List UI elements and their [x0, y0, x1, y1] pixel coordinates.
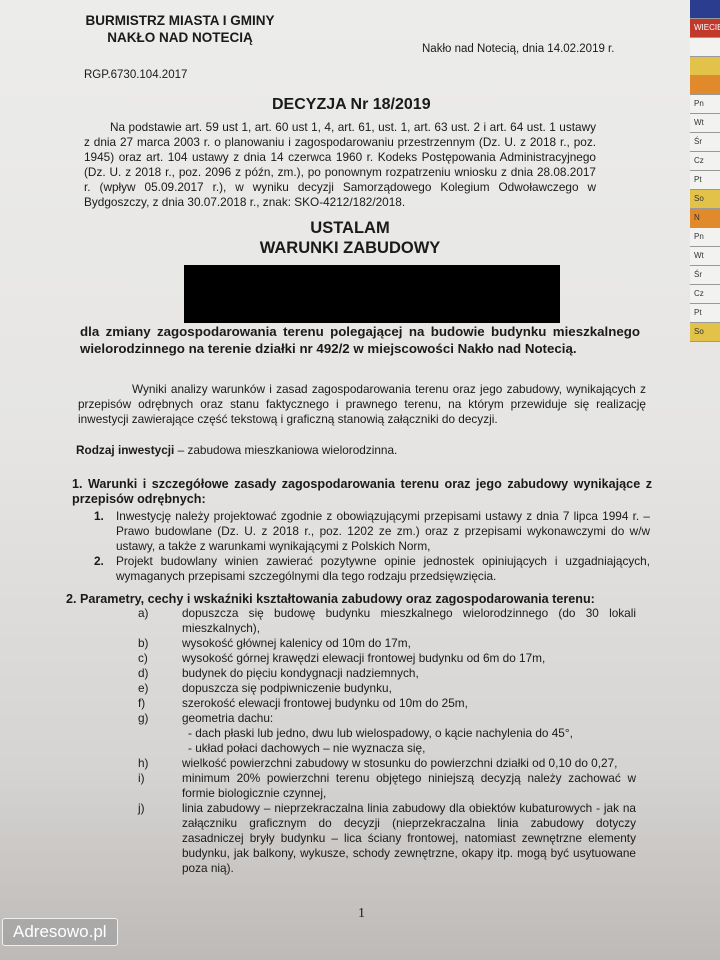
- item-text: szerokość elewacji frontowej budynku od …: [182, 696, 468, 711]
- item-text: minimum 20% powierzchni terenu objętego …: [182, 771, 636, 801]
- decision-subject: dla zmiany zagospodarowania terenu poleg…: [80, 324, 640, 357]
- page-number: 1: [358, 906, 365, 922]
- item-letter: e): [138, 681, 182, 696]
- item-letter: d): [138, 666, 182, 681]
- side-tab: Pt: [690, 171, 720, 190]
- side-tab: Pt: [690, 304, 720, 323]
- section-1-list: 1. Inwestycję należy projektować zgodnie…: [94, 509, 650, 584]
- investment-type: Rodzaj inwestycji – zabudowa mieszkaniow…: [76, 443, 397, 458]
- redacted-block: [184, 265, 560, 323]
- item-text: wysokość górnej krawędzi elewacji fronto…: [182, 651, 545, 666]
- list-item: a)dopuszcza się budowę budynku mieszkaln…: [138, 606, 636, 636]
- list-item: b)wysokość głównej kalenicy od 10m do 17…: [138, 636, 636, 651]
- list-item: d)budynek do pięciu kondygnacji nadziemn…: [138, 666, 636, 681]
- roof-subitem: - dach płaski lub jedno, dwu lub wielosp…: [138, 726, 636, 741]
- side-tab: WIECIE: [690, 19, 720, 38]
- side-tab: Cz: [690, 152, 720, 171]
- item-letter: h): [138, 756, 182, 771]
- document-page: BURMISTRZ MIASTA I GMINY NAKŁO NAD NOTEC…: [0, 0, 690, 960]
- decision-heading: USTALAM WARUNKI ZABUDOWY: [150, 218, 550, 258]
- analysis-paragraph: Wyniki analizy warunków i zasad zagospod…: [78, 382, 646, 427]
- item-letter: j): [138, 801, 182, 876]
- item-text: geometria dachu:: [182, 711, 273, 726]
- section-2-heading: 2. Parametry, cechy i wskaźniki kształto…: [66, 592, 666, 607]
- side-tab: Śr: [690, 133, 720, 152]
- decision-heading-warunki: WARUNKI ZABUDOWY: [150, 238, 550, 258]
- item-letter: g): [138, 711, 182, 726]
- item-text: wielkość powierzchni zabudowy w stosunku…: [182, 756, 617, 771]
- list-item: h)wielkość powierzchni zabudowy w stosun…: [138, 756, 636, 771]
- list-item: i)minimum 20% powierzchni terenu objęteg…: [138, 771, 636, 801]
- side-tab: N: [690, 209, 720, 228]
- item-letter: a): [138, 606, 182, 636]
- reference-number: RGP.6730.104.2017: [84, 68, 187, 83]
- item-text: wysokość głównej kalenicy od 10m do 17m,: [182, 636, 411, 651]
- item-letter: c): [138, 651, 182, 666]
- item-letter: i): [138, 771, 182, 801]
- place-date: Nakło nad Notecią, dnia 14.02.2019 r.: [422, 42, 614, 57]
- side-tab: Śr: [690, 266, 720, 285]
- list-item: 2. Projekt budowlany winien zawierać poz…: [94, 554, 650, 584]
- side-tab: Pn: [690, 95, 720, 114]
- roof-subitem: - układ połaci dachowych – nie wyznacza …: [138, 741, 636, 756]
- decision-title: DECYZJA Nr 18/2019: [272, 96, 431, 114]
- side-tab: Cz: [690, 285, 720, 304]
- side-tab: [690, 38, 720, 57]
- item-text: budynek do pięciu kondygnacji nadziemnyc…: [182, 666, 419, 681]
- item-number: 1.: [94, 509, 116, 554]
- legal-basis: Na podstawie art. 59 ust 1, art. 60 ust …: [84, 120, 596, 210]
- issuing-authority: BURMISTRZ MIASTA I GMINY NAKŁO NAD NOTEC…: [80, 12, 280, 46]
- item-text: Projekt budowlany winien zawierać pozyty…: [116, 554, 650, 584]
- list-item: c)wysokość górnej krawędzi elewacji fron…: [138, 651, 636, 666]
- item-text: dopuszcza się budowę budynku mieszkalneg…: [182, 606, 636, 636]
- section-2-list: a)dopuszcza się budowę budynku mieszkaln…: [138, 606, 636, 876]
- investment-type-label: Rodzaj inwestycji: [76, 443, 174, 457]
- section-1-heading: 1. Warunki i szczegółowe zasady zagospod…: [72, 477, 652, 507]
- item-text: dopuszcza się podpiwniczenie budynku,: [182, 681, 392, 696]
- side-tab: Wt: [690, 247, 720, 266]
- watermark-badge: Adresowo.pl: [2, 918, 118, 946]
- item-letter: b): [138, 636, 182, 651]
- side-tab: So: [690, 323, 720, 342]
- item-text: linia zabudowy – nieprzekraczalna linia …: [182, 801, 636, 876]
- list-item: f)szerokość elewacji frontowej budynku o…: [138, 696, 636, 711]
- side-tab: [690, 76, 720, 95]
- authority-line-1: BURMISTRZ MIASTA I GMINY: [80, 12, 280, 29]
- side-tab: [690, 0, 720, 19]
- list-item: j)linia zabudowy – nieprzekraczalna lini…: [138, 801, 636, 876]
- list-item: e)dopuszcza się podpiwniczenie budynku,: [138, 681, 636, 696]
- item-number: 2.: [94, 554, 116, 584]
- side-tab: Pn: [690, 228, 720, 247]
- authority-line-2: NAKŁO NAD NOTECIĄ: [80, 29, 280, 46]
- investment-type-value: – zabudowa mieszkaniowa wielorodzinna.: [174, 443, 397, 457]
- calendar-side-tabs: WIECIE Pn Wt Śr Cz Pt So N Pn Wt Śr Cz P…: [690, 0, 720, 330]
- list-item: g)geometria dachu:: [138, 711, 636, 726]
- list-item: 1. Inwestycję należy projektować zgodnie…: [94, 509, 650, 554]
- side-tab: [690, 57, 720, 76]
- side-tab: So: [690, 190, 720, 209]
- item-letter: f): [138, 696, 182, 711]
- item-text: Inwestycję należy projektować zgodnie z …: [116, 509, 650, 554]
- decision-heading-ustalam: USTALAM: [150, 218, 550, 238]
- side-tab: Wt: [690, 114, 720, 133]
